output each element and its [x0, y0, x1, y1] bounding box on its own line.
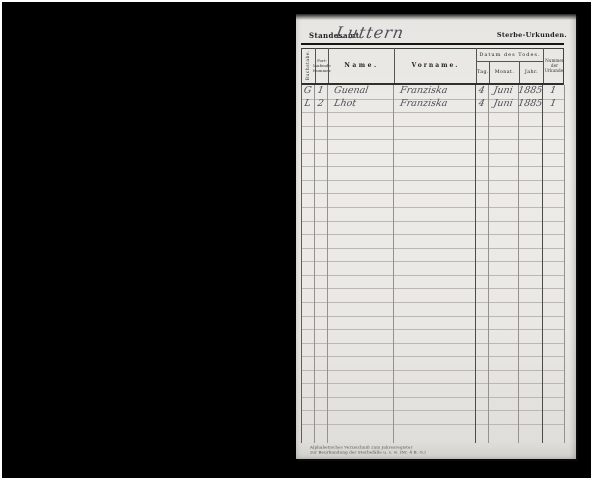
- row-rule: [301, 302, 564, 303]
- doc-type-label: Sterbe-Urkunden.: [497, 31, 567, 39]
- footer-imprint: Alphabetisches Verzeichniß zum Jahresreg…: [310, 445, 507, 455]
- table-header: Buchstabe. Fort- laufende Nummer. Name. …: [301, 48, 564, 85]
- column-rule: [314, 85, 315, 443]
- row-rule: [301, 383, 564, 384]
- column-rule: [564, 85, 565, 443]
- col-header-cert-l3: Urkunde.: [545, 68, 565, 73]
- column-rule: [327, 85, 328, 443]
- row-rule: [301, 207, 564, 208]
- row-rule: [301, 424, 564, 425]
- entry-month: Juni: [487, 97, 519, 111]
- row-rule: [301, 316, 564, 317]
- col-header-day: Tag.: [476, 62, 489, 83]
- row-rule: [301, 356, 564, 357]
- entry-month: Juni: [487, 84, 519, 98]
- column-rule: [393, 85, 394, 443]
- entry-name: Guenal: [326, 84, 394, 98]
- row-rule: [301, 180, 564, 181]
- row-rule: [301, 397, 564, 398]
- col-header-date-group: Datum des Todes.: [476, 48, 543, 62]
- row-rule: [301, 275, 564, 276]
- row-rule: [301, 166, 564, 167]
- column-rule: [542, 85, 543, 443]
- col-header-number: Fort- laufende Nummer.: [315, 48, 328, 83]
- row-rule: [301, 329, 564, 330]
- column-rule: [301, 85, 302, 443]
- row-rule: [301, 410, 564, 411]
- scan-viewport: Standesamt Luttern Sterbe-Urkunden. Buch…: [0, 0, 593, 480]
- office-name-handwritten: Luttern: [334, 23, 406, 42]
- document-page: Standesamt Luttern Sterbe-Urkunden. Buch…: [296, 14, 576, 459]
- col-header-name: Name.: [328, 48, 394, 83]
- row-rule: [301, 261, 564, 262]
- col-header-letter-label: Buchstabe.: [306, 50, 311, 80]
- entry-vorname: Franziska: [392, 97, 476, 111]
- table-body: G1GuenalFranziska4Juni18851L2LhotFranzis…: [301, 85, 564, 443]
- entry-cert: 1: [541, 84, 565, 98]
- row-rule: [301, 153, 564, 154]
- row-rule: [301, 193, 564, 194]
- row-rule: [301, 288, 564, 289]
- footer-imprint-line2: zur Beurkundung der Sterbefälle u. s. w.…: [310, 450, 507, 455]
- row-rule: [301, 370, 564, 371]
- col-header-month: Monat.: [489, 62, 519, 83]
- entry-vorname: Franziska: [392, 84, 476, 98]
- row-rule: [301, 248, 564, 249]
- row-rule: [301, 112, 564, 113]
- col-header-vorname: Vorname.: [394, 48, 476, 83]
- column-rule: [475, 85, 476, 443]
- row-rule: [301, 221, 564, 222]
- row-rule: [301, 126, 564, 127]
- entry-cert: 1: [541, 97, 565, 111]
- column-rule: [488, 85, 489, 443]
- row-rule: [301, 139, 564, 140]
- col-header-cert-number: Nummer der Urkunde.: [543, 48, 565, 83]
- entry-year: 1885: [517, 97, 543, 111]
- col-header-year: Jahr.: [519, 62, 543, 83]
- row-rule: [301, 343, 564, 344]
- page-edge-shadow: [296, 14, 576, 20]
- entry-year: 1885: [517, 84, 543, 98]
- entry-name: Lhot: [326, 97, 394, 111]
- column-rule: [518, 85, 519, 443]
- row-rule: [301, 234, 564, 235]
